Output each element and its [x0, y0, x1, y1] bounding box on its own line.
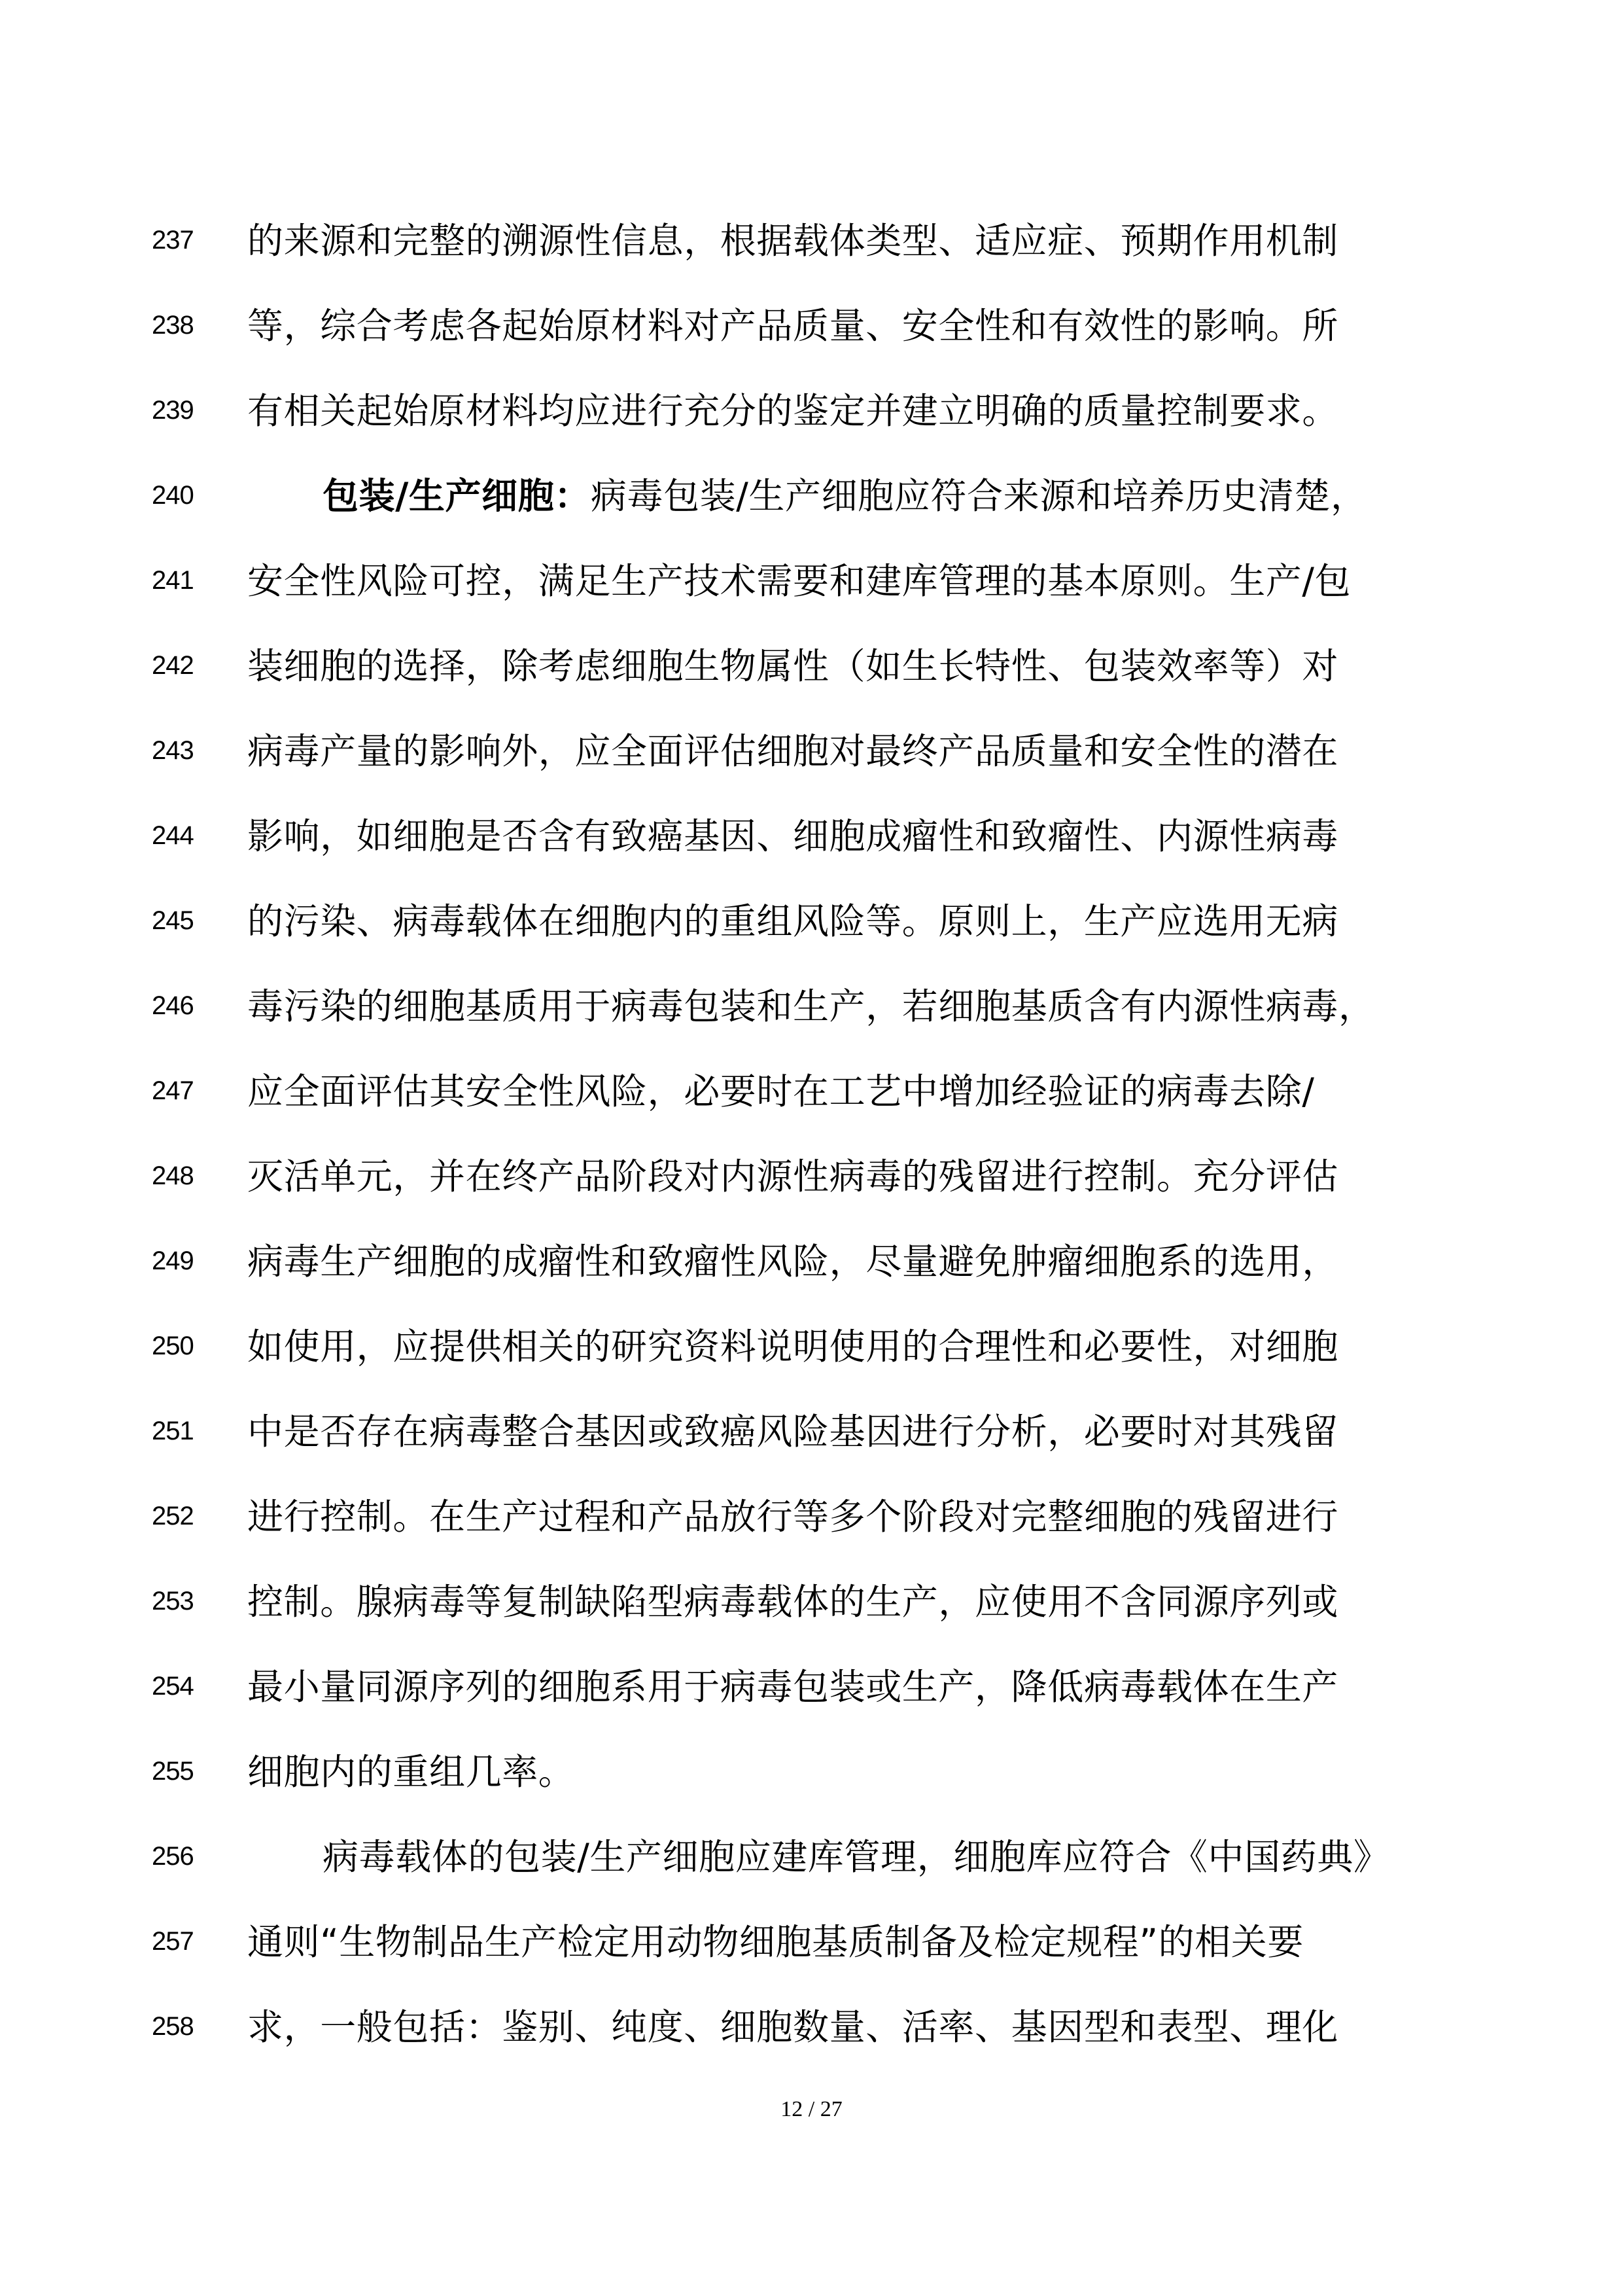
- line-text: 病毒产量的影响外，应全面评估细胞对最终产品质量和安全性的潜在: [247, 731, 1376, 771]
- line-number: 249: [152, 1241, 224, 1280]
- line-text: 病毒载体的包装/生产细胞应建库管理，细胞库应符合《中国药典》: [323, 1837, 1376, 1877]
- document-line: 248 灭活单元，并在终产品阶段对内源性病毒的残留进行控制。充分评估: [0, 1156, 1623, 1241]
- line-number: 250: [152, 1326, 224, 1366]
- line-text: 影响，如细胞是否含有致癌基因、细胞成瘤性和致瘤性、内源性病毒: [247, 816, 1376, 857]
- line-text: 求，一般包括：鉴别、纯度、细胞数量、活率、基因型和表型、理化: [247, 2007, 1376, 2047]
- line-text: 进行控制。在生产过程和产品放行等多个阶段对完整细胞的残留进行: [247, 1496, 1376, 1537]
- document-line: 258 求，一般包括：鉴别、纯度、细胞数量、活率、基因型和表型、理化: [0, 2007, 1623, 2092]
- line-text: 等，综合考虑各起始原材料对产品质量、安全性和有效性的影响。所: [247, 306, 1376, 346]
- document-page: 237 的来源和完整的溯源性信息，根据载体类型、适应症、预期作用机制 238 等…: [0, 0, 1623, 2296]
- line-number: 251: [152, 1411, 224, 1451]
- line-text: 中是否存在病毒整合基因或致癌风险基因进行分析，必要时对其残留: [247, 1411, 1376, 1452]
- line-text: 最小量同源序列的细胞系用于病毒包装或生产，降低病毒载体在生产: [247, 1667, 1376, 1707]
- section-body: 病毒包装/生产细胞应符合来源和培养历史清楚，: [591, 475, 1367, 517]
- line-number: 238: [152, 306, 224, 345]
- line-text: 有相关起始原材料均应进行充分的鉴定并建立明确的质量控制要求。: [247, 391, 1376, 431]
- document-line: 251 中是否存在病毒整合基因或致癌风险基因进行分析，必要时对其残留: [0, 1411, 1623, 1496]
- line-text: 安全性风险可控，满足生产技术需要和建库管理的基本原则。生产/包: [247, 561, 1376, 601]
- line-text: 通则“生物制品生产检定用动物细胞基质制备及检定规程”的相关要: [247, 1922, 1376, 1962]
- line-text: 包装/生产细胞：病毒包装/生产细胞应符合来源和培养历史清楚，: [323, 476, 1376, 516]
- line-number: 237: [152, 221, 224, 260]
- line-number: 240: [152, 476, 224, 515]
- page-number: 12 / 27: [0, 2095, 1623, 2124]
- document-line: 240 包装/生产细胞：病毒包装/生产细胞应符合来源和培养历史清楚，: [0, 476, 1623, 561]
- line-text: 装细胞的选择，除考虑细胞生物属性（如生长特性、包装效率等）对: [247, 646, 1376, 686]
- document-line: 237 的来源和完整的溯源性信息，根据载体类型、适应症、预期作用机制: [0, 221, 1623, 306]
- document-line: 256 病毒载体的包装/生产细胞应建库管理，细胞库应符合《中国药典》: [0, 1837, 1623, 1922]
- document-line: 257 通则“生物制品生产检定用动物细胞基质制备及检定规程”的相关要: [0, 1922, 1623, 2007]
- document-line: 253 控制。腺病毒等复制缺陷型病毒载体的生产，应使用不含同源序列或: [0, 1581, 1623, 1667]
- line-number: 256: [152, 1837, 224, 1876]
- document-line: 255 细胞内的重组几率。: [0, 1752, 1623, 1837]
- document-line: 238 等，综合考虑各起始原材料对产品质量、安全性和有效性的影响。所: [0, 306, 1623, 391]
- document-line: 241 安全性风险可控，满足生产技术需要和建库管理的基本原则。生产/包: [0, 561, 1623, 646]
- document-line: 254 最小量同源序列的细胞系用于病毒包装或生产，降低病毒载体在生产: [0, 1667, 1623, 1752]
- line-number: 239: [152, 391, 224, 430]
- line-number: 258: [152, 2007, 224, 2046]
- line-text: 控制。腺病毒等复制缺陷型病毒载体的生产，应使用不含同源序列或: [247, 1581, 1376, 1622]
- line-text: 的来源和完整的溯源性信息，根据载体类型、适应症、预期作用机制: [247, 221, 1376, 261]
- document-line: 247 应全面评估其安全性风险，必要时在工艺中增加经验证的病毒去除/: [0, 1071, 1623, 1156]
- document-line: 249 病毒生产细胞的成瘤性和致瘤性风险，尽量避免肿瘤细胞系的选用，: [0, 1241, 1623, 1326]
- line-number: 253: [152, 1581, 224, 1621]
- document-line: 242 装细胞的选择，除考虑细胞生物属性（如生长特性、包装效率等）对: [0, 646, 1623, 731]
- line-text: 灭活单元，并在终产品阶段对内源性病毒的残留进行控制。充分评估: [247, 1156, 1376, 1197]
- line-number: 252: [152, 1496, 224, 1536]
- document-line: 243 病毒产量的影响外，应全面评估细胞对最终产品质量和安全性的潜在: [0, 731, 1623, 816]
- document-line: 244 影响，如细胞是否含有致癌基因、细胞成瘤性和致瘤性、内源性病毒: [0, 816, 1623, 901]
- document-line: 252 进行控制。在生产过程和产品放行等多个阶段对完整细胞的残留进行: [0, 1496, 1623, 1581]
- line-number: 245: [152, 901, 224, 940]
- line-number: 242: [152, 646, 224, 685]
- line-text: 细胞内的重组几率。: [247, 1752, 1376, 1792]
- line-number: 257: [152, 1922, 224, 1961]
- line-text: 的污染、病毒载体在细胞内的重组风险等。原则上，生产应选用无病: [247, 901, 1376, 942]
- document-line: 250 如使用，应提供相关的研究资料说明使用的合理性和必要性，对细胞: [0, 1326, 1623, 1411]
- line-text: 毒污染的细胞基质用于病毒包装和生产，若细胞基质含有内源性病毒，: [247, 986, 1376, 1027]
- line-number: 241: [152, 561, 224, 600]
- line-number: 248: [152, 1156, 224, 1195]
- document-line: 246 毒污染的细胞基质用于病毒包装和生产，若细胞基质含有内源性病毒，: [0, 986, 1623, 1071]
- line-text: 应全面评估其安全性风险，必要时在工艺中增加经验证的病毒去除/: [247, 1071, 1376, 1112]
- section-heading: 包装/生产细胞：: [323, 475, 591, 517]
- line-number: 247: [152, 1071, 224, 1110]
- document-line: 245 的污染、病毒载体在细胞内的重组风险等。原则上，生产应选用无病: [0, 901, 1623, 986]
- line-number: 244: [152, 816, 224, 855]
- line-number: 254: [152, 1667, 224, 1706]
- line-text: 病毒生产细胞的成瘤性和致瘤性风险，尽量避免肿瘤细胞系的选用，: [247, 1241, 1376, 1282]
- line-number: 246: [152, 986, 224, 1025]
- document-line: 239 有相关起始原材料均应进行充分的鉴定并建立明确的质量控制要求。: [0, 391, 1623, 476]
- line-number: 243: [152, 731, 224, 770]
- line-number: 255: [152, 1752, 224, 1791]
- line-text: 如使用，应提供相关的研究资料说明使用的合理性和必要性，对细胞: [247, 1326, 1376, 1367]
